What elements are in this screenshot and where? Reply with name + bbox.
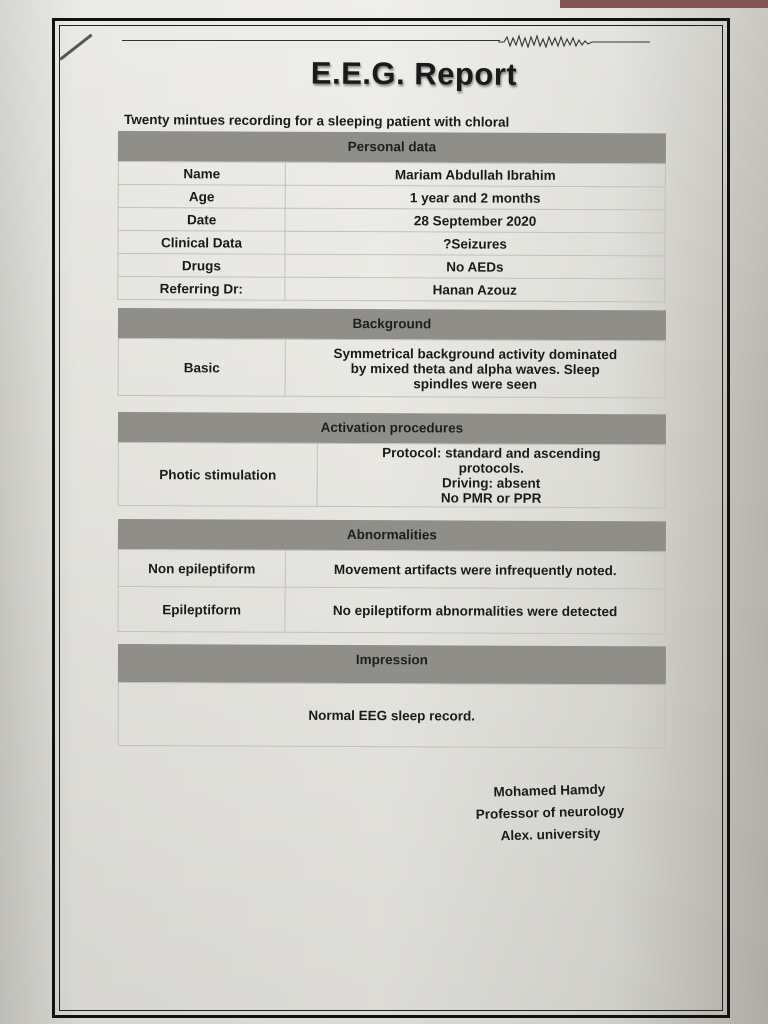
table-row: Normal EEG sleep record. [118, 683, 665, 748]
table-row: Age 1 year and 2 months [118, 185, 665, 210]
table-row: Referring Dr: Hanan Azouz [118, 277, 665, 302]
section-heading: Activation procedures [118, 412, 666, 444]
table-row: Photic stimulation Protocol: standard an… [118, 443, 665, 508]
table-row: Date 28 September 2020 [118, 208, 665, 233]
activation-section: Activation procedures Photic stimulation… [118, 412, 666, 508]
background-table: Basic Symmetrical background activity do… [118, 338, 666, 398]
report-title: E.E.G. Report [0, 53, 768, 94]
field-value: 28 September 2020 [285, 208, 665, 233]
table-row: Epileptiform No epileptiform abnormaliti… [118, 587, 665, 634]
field-value: Mariam Abdullah Ibrahim [285, 162, 665, 187]
header-rule [122, 40, 500, 41]
signature-block: Mohamed Hamdy Professor of neurology Ale… [439, 777, 661, 849]
impression-table: Normal EEG sleep record. [118, 682, 666, 748]
field-label: Referring Dr: [118, 277, 285, 301]
personal-data-section: Personal data Name Mariam Abdullah Ibrah… [117, 131, 666, 302]
table-row: Non epileptiform Movement artifacts were… [118, 550, 665, 589]
field-label: Drugs [118, 254, 285, 278]
personal-data-table: Name Mariam Abdullah Ibrahim Age 1 year … [117, 161, 666, 302]
field-value: Movement artifacts were infrequently not… [285, 550, 665, 589]
field-value: Protocol: standard and ascending protoco… [317, 443, 665, 508]
table-row: Basic Symmetrical background activity do… [118, 339, 665, 398]
field-label: Epileptiform [118, 587, 285, 633]
table-row: Name Mariam Abdullah Ibrahim [118, 162, 665, 187]
field-label: Name [118, 162, 285, 186]
field-value: No epileptiform abnormalities were detec… [285, 587, 665, 634]
field-value: Symmetrical background activity dominate… [285, 339, 665, 398]
value-line: protocols. [322, 460, 661, 476]
field-value: No AEDs [285, 254, 665, 279]
section-heading: Abnormalities [118, 519, 666, 551]
field-label: Basic [118, 339, 285, 397]
impression-value: Normal EEG sleep record. [118, 683, 665, 748]
field-value: Hanan Azouz [285, 277, 665, 302]
activation-table: Photic stimulation Protocol: standard an… [118, 442, 666, 508]
field-label: Date [118, 208, 285, 232]
field-label: Non epileptiform [118, 550, 285, 588]
value-line: Protocol: standard and ascending [322, 445, 661, 461]
table-row: Drugs No AEDs [118, 254, 665, 279]
field-label: Photic stimulation [118, 443, 317, 507]
field-label: Age [118, 185, 285, 209]
value-line: No PMR or PPR [322, 490, 661, 506]
value-line: Driving: absent [322, 475, 661, 491]
field-label: Clinical Data [118, 231, 285, 255]
section-heading: Personal data [118, 131, 666, 163]
section-heading: Impression [118, 644, 666, 684]
section-heading: Background [118, 308, 666, 340]
table-row: Clinical Data ?Seizures [118, 231, 665, 256]
eeg-waveform-icon [498, 34, 650, 50]
field-value: 1 year and 2 months [285, 185, 665, 210]
report-subtitle: Twenty mintues recording for a sleeping … [124, 112, 509, 130]
abnormalities-table: Non epileptiform Movement artifacts were… [118, 549, 666, 634]
impression-section: Impression Normal EEG sleep record. [118, 644, 666, 748]
abnormalities-section: Abnormalities Non epileptiform Movement … [118, 519, 666, 634]
field-value: ?Seizures [285, 231, 665, 256]
background-section: Background Basic Symmetrical background … [118, 308, 666, 398]
